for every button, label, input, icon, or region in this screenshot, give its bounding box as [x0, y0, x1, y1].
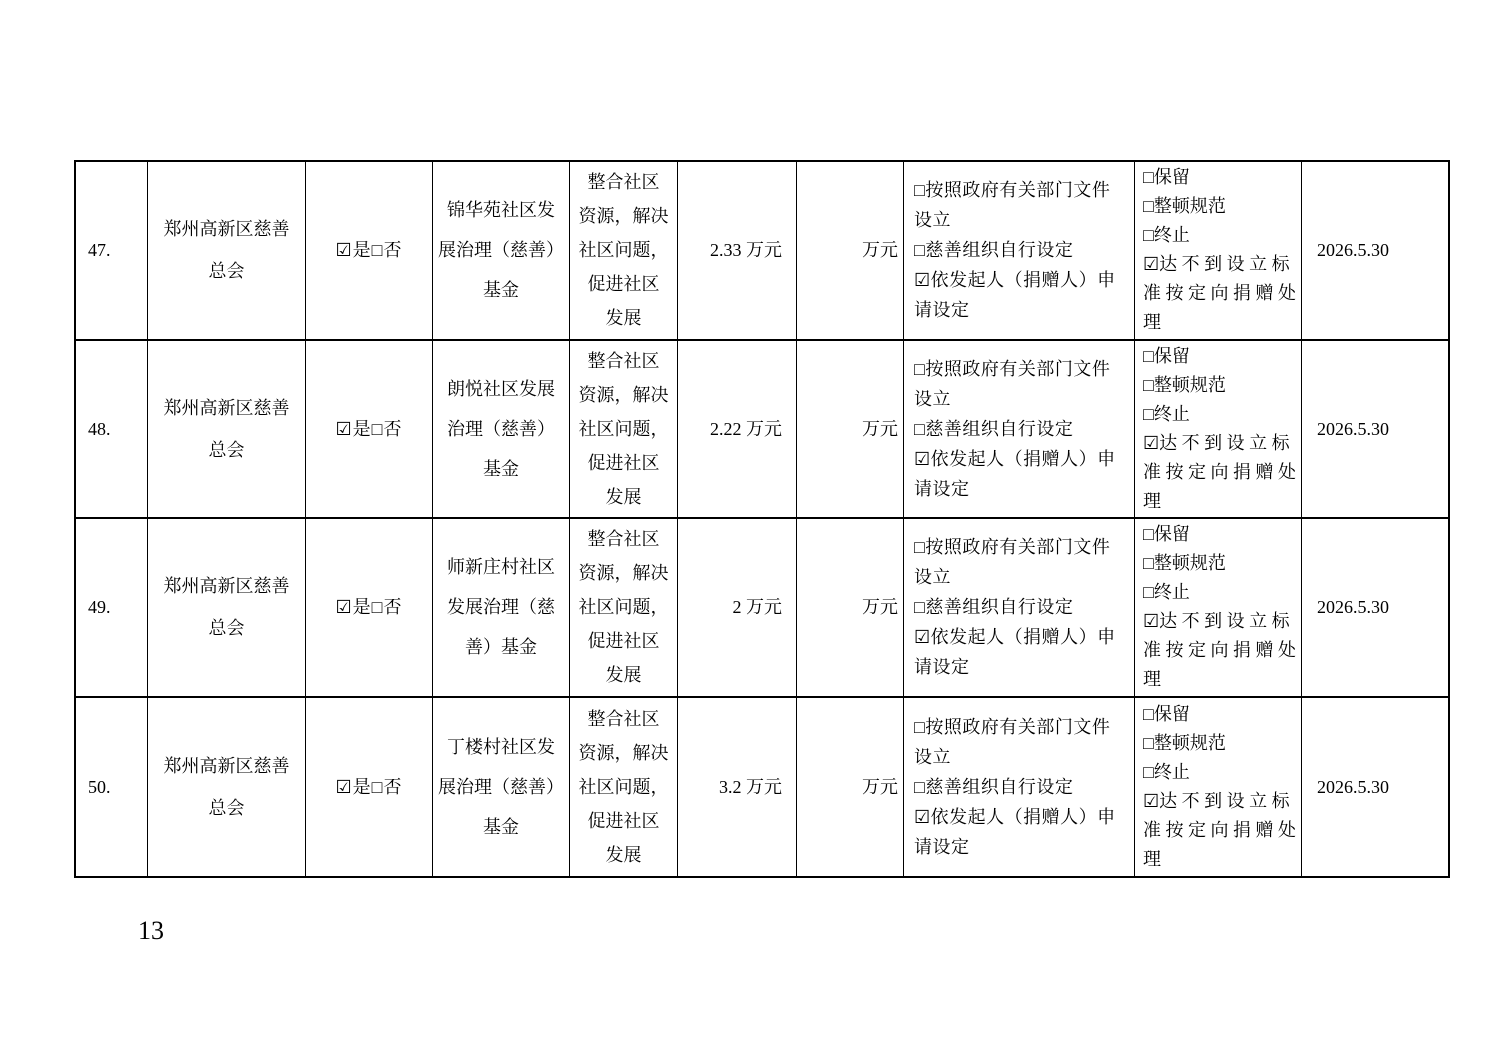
org-name-cell: 郑州高新区慈善 总会	[148, 698, 306, 877]
purpose-cell: 整合社区 资源，解决 社区问题， 促进社区 发展	[570, 341, 678, 518]
org-name-cell: 郑州高新区慈善 总会	[148, 519, 306, 696]
unit-cell: 万元	[797, 698, 904, 877]
fund-name-cell: 锦华苑社区发 展治理（慈善） 基金	[433, 162, 570, 339]
setup-method-cell: □按照政府有关部门文件 设立 □慈善组织自行设定 ☑依发起人（捐赠人）申 请设定	[904, 698, 1135, 877]
document-page: 47. 郑州高新区慈善 总会 ☑是□否 锦华苑社区发 展治理（慈善） 基金 整合…	[0, 0, 1500, 1060]
registered-checkbox-cell: ☑是□否	[306, 162, 433, 339]
unit-cell: 万元	[797, 519, 904, 696]
table-row: 50. 郑州高新区慈善 总会 ☑是□否 丁楼村社区发 展治理（慈善） 基金 整合…	[76, 698, 1448, 877]
row-number: 47.	[76, 162, 148, 339]
registered-checkbox-cell: ☑是□否	[306, 519, 433, 696]
setup-method-cell: □按照政府有关部门文件 设立 □慈善组织自行设定 ☑依发起人（捐赠人）申 请设定	[904, 162, 1135, 339]
unit-cell: 万元	[797, 341, 904, 518]
amount-cell: 2.22 万元	[678, 341, 797, 518]
fund-name-cell: 朗悦社区发展 治理（慈善） 基金	[433, 341, 570, 518]
page-number: 13	[138, 916, 164, 946]
disposal-cell: □保留 □整顿规范 □终止 ☑达 不 到 设 立 标 准 按 定 向 捐 赠 处…	[1135, 341, 1302, 518]
purpose-cell: 整合社区 资源，解决 社区问题， 促进社区 发展	[570, 519, 678, 696]
org-name-cell: 郑州高新区慈善 总会	[148, 341, 306, 518]
fund-table: 47. 郑州高新区慈善 总会 ☑是□否 锦华苑社区发 展治理（慈善） 基金 整合…	[74, 160, 1450, 878]
purpose-cell: 整合社区 资源，解决 社区问题， 促进社区 发展	[570, 698, 678, 877]
date-cell: 2026.5.30	[1302, 341, 1448, 518]
disposal-cell: □保留 □整顿规范 □终止 ☑达 不 到 设 立 标 准 按 定 向 捐 赠 处…	[1135, 162, 1302, 339]
date-cell: 2026.5.30	[1302, 698, 1448, 877]
disposal-cell: □保留 □整顿规范 □终止 ☑达 不 到 设 立 标 准 按 定 向 捐 赠 处…	[1135, 519, 1302, 696]
setup-method-cell: □按照政府有关部门文件 设立 □慈善组织自行设定 ☑依发起人（捐赠人）申 请设定	[904, 341, 1135, 518]
table-row: 47. 郑州高新区慈善 总会 ☑是□否 锦华苑社区发 展治理（慈善） 基金 整合…	[76, 162, 1448, 341]
registered-checkbox-cell: ☑是□否	[306, 698, 433, 877]
row-number: 49.	[76, 519, 148, 696]
org-name-cell: 郑州高新区慈善 总会	[148, 162, 306, 339]
date-cell: 2026.5.30	[1302, 162, 1448, 339]
row-number: 50.	[76, 698, 148, 877]
table-row: 48. 郑州高新区慈善 总会 ☑是□否 朗悦社区发展 治理（慈善） 基金 整合社…	[76, 341, 1448, 520]
registered-checkbox-cell: ☑是□否	[306, 341, 433, 518]
amount-cell: 2.33 万元	[678, 162, 797, 339]
purpose-cell: 整合社区 资源，解决 社区问题， 促进社区 发展	[570, 162, 678, 339]
setup-method-cell: □按照政府有关部门文件 设立 □慈善组织自行设定 ☑依发起人（捐赠人）申 请设定	[904, 519, 1135, 696]
fund-name-cell: 丁楼村社区发 展治理（慈善） 基金	[433, 698, 570, 877]
amount-cell: 3.2 万元	[678, 698, 797, 877]
disposal-cell: □保留 □整顿规范 □终止 ☑达 不 到 设 立 标 准 按 定 向 捐 赠 处…	[1135, 698, 1302, 877]
unit-cell: 万元	[797, 162, 904, 339]
fund-name-cell: 师新庄村社区 发展治理（慈 善）基金	[433, 519, 570, 696]
row-number: 48.	[76, 341, 148, 518]
date-cell: 2026.5.30	[1302, 519, 1448, 696]
table-row: 49. 郑州高新区慈善 总会 ☑是□否 师新庄村社区 发展治理（慈 善）基金 整…	[76, 519, 1448, 698]
amount-cell: 2 万元	[678, 519, 797, 696]
